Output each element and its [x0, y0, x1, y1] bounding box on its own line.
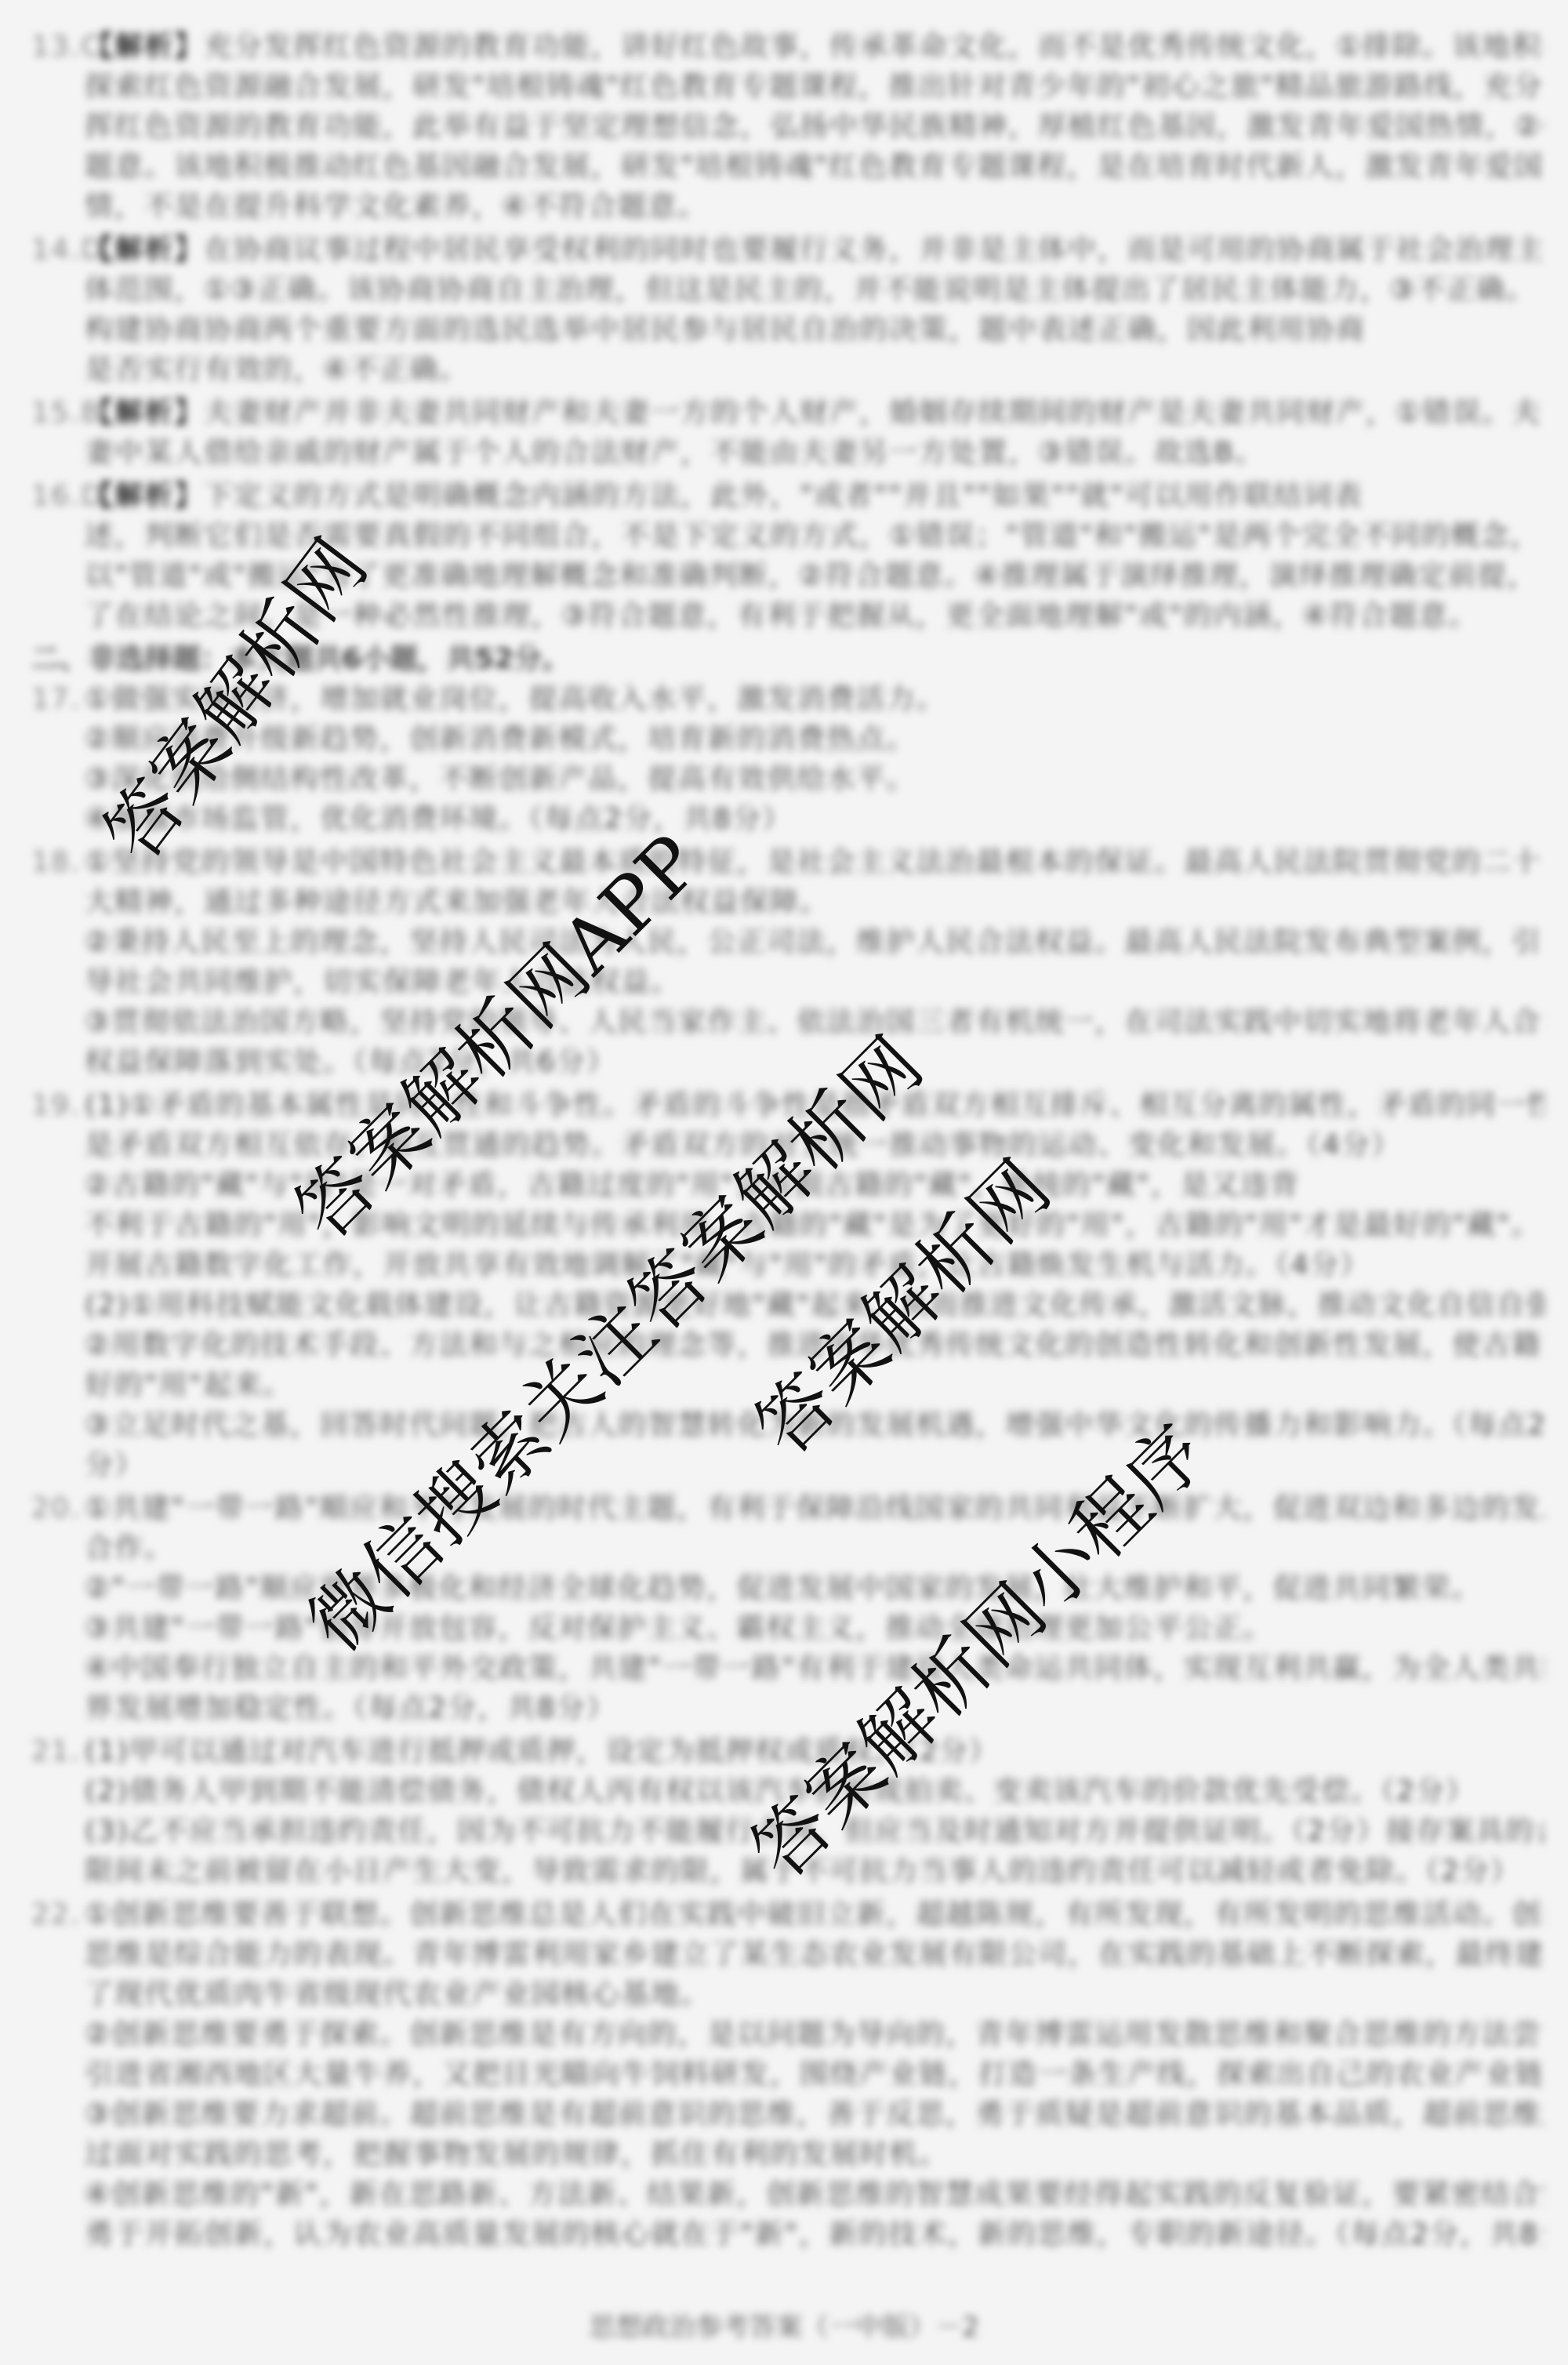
answer-text: ①共建"一带一路"順应和平与发展的时代主题，有利于保障沿线国家的共同利益不断扩大… [85, 1492, 1544, 1524]
answer-line: 合作。 [31, 1528, 1544, 1568]
question-number: 18. [31, 842, 85, 882]
page-footer: 思想政治参考答案（一中版）－2 [0, 2305, 1568, 2344]
answer-line: 过面对实践的思考，把握事物发展的规律，抓住有利的发展时机。 [31, 2134, 1544, 2174]
question-number: 16.D [31, 476, 85, 516]
answer-text: 在协商议事过程中居民享受权利的同时也要履行义务，并非是主体中，而是可用的协商属于… [204, 234, 1544, 266]
answer-line: 大精神，通过多种途径方式来加强老年人合法权益保障。 [31, 882, 1544, 922]
answer-line: ③共建"一带一路"倡导开放包容，反对保护主义、霸权主义，推动全球治理更加公平公正… [31, 1608, 1544, 1648]
answer-line: 构建协商协商两个重要方面的选民选举中居民参与居民自治的决策，题中表述正确，因此利… [31, 310, 1544, 350]
answer-line: ②秉持人民至上的理念，坚持人民司法为人民，公正司法，维护人民合法权益。最高人民法… [31, 922, 1544, 962]
answer-line: 22.①创新思维要善于联想。创新思维总是人们在实践中破旧立新，超越陈规，有所发现… [31, 1895, 1544, 1935]
analysis-tag: 【解析】 [85, 234, 204, 266]
question-number: 22. [31, 1895, 85, 1935]
answer-line: 20.①共建"一带一路"順应和平与发展的时代主题，有利于保障沿线国家的共同利益不… [31, 1488, 1544, 1528]
question-number: 20. [31, 1488, 85, 1528]
answer-line: 是否实行有效的，④不正确。 [31, 350, 1544, 390]
answer-line: 探索红色资源融合发展，研发"培根铸魂"红色教育专题课程，推出针对青少年的"初心之… [31, 67, 1544, 107]
answer-item: 20.①共建"一带一路"順应和平与发展的时代主题，有利于保障沿线国家的共同利益不… [31, 1488, 1544, 1728]
answer-item: 13.C【解析】充分发挥红色资源的教育功能，讲好红色故事，传承革命文化，而不是优… [31, 27, 1544, 227]
analysis-tag: 【解析】 [85, 480, 204, 512]
question-number: 14.D [31, 230, 85, 270]
answer-line: 引进省湘西地区大量牛养，又把目光瞄向牛饲料研发，围绕产业链，打造一条生产线，探索… [31, 2054, 1544, 2094]
answer-text: ①创新思维要善于联想。创新思维总是人们在实践中破旧立新，超越陈规，有所发现，有所… [85, 1898, 1544, 1931]
answer-line: 妻中某人借给亲戚的财产属于个人的合法财产，不能由夫妻另一方处置，③错误。故选B。 [31, 433, 1544, 473]
answer-line: ③深化供给侧结构性改革，不断创新产品，提高有效供给水平。 [31, 759, 1544, 799]
answer-line: 述，判断它们是否需要真假的不同组合，不是下定义的方式，①错误；"管道"和"搬运"… [31, 516, 1544, 556]
analysis-tag: 【解析】 [85, 397, 204, 429]
answer-line: 13.C【解析】充分发挥红色资源的教育功能，讲好红色故事，传承革命文化，而不是优… [31, 27, 1544, 67]
answer-text: 夫妻财产并非夫妻共同财产和夫妻一方的个人财产，婚姻存续期间的财产是夫妻共同财产，… [204, 397, 1541, 429]
answer-line: 开展古籍数字化工作，开放共享有效地调解了"藏"与"用"的矛盾，让古籍焕发生机与活… [31, 1245, 1544, 1285]
answer-line: 思维是综合能力的表现。青年博雷利用家乡建立了某生态农业发展有限公司，在实践的基础… [31, 1935, 1544, 1974]
answer-line: ④创新思维的"新"，新在思路新、方法新、结果新，创新思维的智慧成果要经得起实践的… [31, 2174, 1544, 2214]
answer-line: (2)①用科技赋能文化载体建设，让古籍资源更好地"藏"起来，从而推进文化传承，激… [31, 1285, 1544, 1325]
document-page: 13.C【解析】充分发挥红色资源的教育功能，讲好红色故事，传承革命文化，而不是优… [0, 0, 1568, 2365]
answer-text: ①坚持党的领导是中国特色社会主义最本质的特征，是社会主义法治最根本的保证。最高人… [85, 846, 1541, 878]
answer-line: ④中国奉行独立自主的和平外交政策，共建"一带一路"有利于建设人类命运共同体，实现… [31, 1648, 1544, 1688]
answer-line: 权益保障落到实处。（每点2分，共6分） [31, 1042, 1544, 1082]
answer-line: 16.D【解析】下定义的方式是明确概念内涵的方法，此外，"或者""并且""如果"… [31, 476, 1544, 516]
answer-line: 15.B【解析】夫妻财产并非夫妻共同财产和夫妻一方的个人财产，婚姻存续期间的财产… [31, 393, 1544, 433]
answer-line: ③创新思维要力求超前。超前思维是有超前意识的思维，善于反思，勇于质疑是超前意识的… [31, 2094, 1544, 2134]
question-number: 15.B [31, 393, 85, 433]
answer-line: 勇于开拓创新，认为农业高质量发展的核心就在于"新"，新的技术，新的思维，专职的新… [31, 2214, 1544, 2254]
answer-line: 导社会共同维护，切实保障老年人合法权益。 [31, 962, 1544, 1002]
answer-line: 题意。该地积极推动红色基因融合发展，研发"培根铸魂"红色教育专题课程，是在培育时… [31, 147, 1544, 187]
answer-item: 15.B【解析】夫妻财产并非夫妻共同财产和夫妻一方的个人财产，婚姻存续期间的财产… [31, 393, 1544, 473]
question-number: 17. [31, 679, 85, 719]
answer-line: 体范围，①③正确。该协商协商自主治理，但这是民主的，并不能说明是主体提出了居民主… [31, 270, 1544, 310]
analysis-tag: 【解析】 [85, 31, 204, 63]
answer-line: 挥红色资源的教育功能，此举有益于坚定理想信念，弘扬中华民族精神，厚植红色基因，激… [31, 107, 1544, 147]
question-number: 19. [31, 1085, 85, 1125]
answer-line: 了现代优质肉牛省级现代农业产业园核心基地。 [31, 1974, 1544, 2014]
answer-text: 充分发挥红色资源的教育功能，讲好红色故事，传承革命文化，而不是优秀传统文化，①排… [204, 31, 1544, 63]
answer-item: 18.①坚持党的领导是中国特色社会主义最本质的特征，是社会主义法治最根本的保证。… [31, 842, 1544, 1082]
answer-line: ④加强市场监管，优化消费环境。（每点2分，共8分） [31, 799, 1544, 839]
answer-line: 界发展增加稳定性。（每点2分，共8分） [31, 1688, 1544, 1728]
answer-item: 22.①创新思维要善于联想。创新思维总是人们在实践中破旧立新，超越陈规，有所发现… [31, 1895, 1544, 2254]
answer-line: 情，不是在提升科学文化素养，④不符合题意。 [31, 187, 1544, 227]
answer-text: 下定义的方式是明确概念内涵的方法，此外，"或者""并且""如果""就"可以用作联… [204, 480, 1363, 512]
answer-line: 18.①坚持党的领导是中国特色社会主义最本质的特征，是社会主义法治最根本的保证。… [31, 842, 1544, 882]
answer-line: ②"一带一路"顺应世界多极化和经济全球化趋势，促进发展中国家的发展，壮大维护和平… [31, 1568, 1544, 1608]
question-number: 13.C [31, 27, 85, 67]
answer-line: ③贯彻依法治国方略，坚持党的领导、人民当家作主、依法治国三者有机统一，在司法实践… [31, 1002, 1544, 1042]
answer-line: ②创新思维要勇于探索。创新思维是有方向的，是以问题为导向的，青年博雷运用发散思维… [31, 2014, 1544, 2054]
answer-line: 14.D【解析】在协商议事过程中居民享受权利的同时也要履行义务，并非是主体中，而… [31, 230, 1544, 270]
answer-item: 14.D【解析】在协商议事过程中居民享受权利的同时也要履行义务，并非是主体中，而… [31, 230, 1544, 390]
question-number: 21. [31, 1731, 85, 1771]
